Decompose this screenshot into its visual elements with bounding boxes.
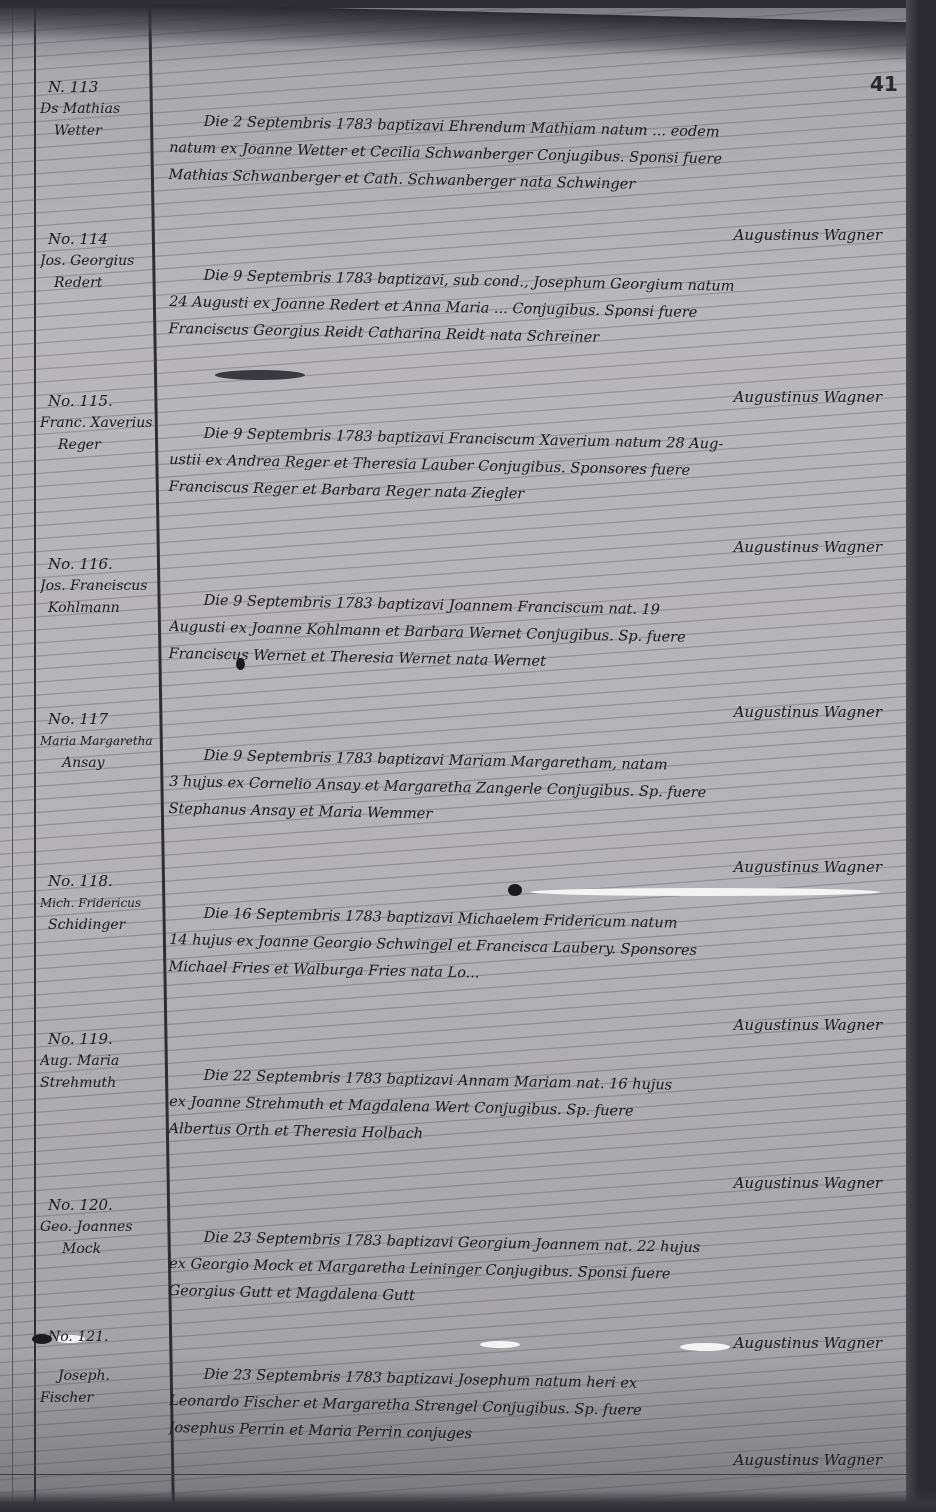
entry-name: Aug. Maria [40, 1050, 160, 1072]
entry-label: No. 121. Joseph. Fischer [40, 1343, 160, 1409]
entry-number: No. 118. [40, 870, 160, 892]
entry-text: Die 22 Septembris 1783 baptizavi Annam M… [168, 1062, 900, 1158]
entry-text: Die 9 Septembris 1783 baptizavi Francisc… [168, 420, 900, 516]
entry-label: No. 120. Geo. Joannes Mock [40, 1194, 160, 1260]
ink-blot [236, 658, 245, 670]
entry-number: N. 113 [40, 76, 160, 98]
entry-text: Die 9 Septembris 1783 baptizavi Joannem … [168, 587, 900, 683]
entry-label: N. 113 Ds Mathias Wetter [40, 76, 160, 142]
entry-number: No. 114 [40, 228, 160, 250]
entry-text: Die 9 Septembris 1783 baptizavi Mariam M… [168, 742, 900, 838]
register-page: 41 N. 113 Ds Mathias Wetter Die 2 Septem… [0, 8, 908, 1502]
scan-right-edge [906, 0, 936, 1512]
entry-number: No. 119. [40, 1028, 160, 1050]
entry-text: Die 2 Septembris 1783 baptizavi Ehrendum… [168, 108, 900, 204]
entry-surname: Kohlmann [40, 597, 160, 619]
entry-surname: Redert [40, 272, 160, 294]
entry-label: No. 115. Franc. Xaverius Reger [40, 390, 160, 456]
priest-signature: Augustinus Wagner [734, 538, 882, 556]
priest-signature: Augustinus Wagner [734, 703, 882, 721]
page-number: 41 [870, 72, 898, 96]
ink-blot [508, 884, 522, 896]
photocopy-smudge [680, 1343, 730, 1351]
priest-signature: Augustinus Wagner [734, 388, 882, 406]
priest-signature: Augustinus Wagner [734, 1016, 882, 1034]
photocopy-smudge [530, 888, 880, 896]
priest-signature: Augustinus Wagner [734, 1451, 882, 1469]
entry-number: No. 116. [40, 553, 160, 575]
photocopy-smudge [480, 1341, 520, 1348]
entry-surname: Wetter [40, 120, 160, 142]
entry-surname: Mock [40, 1238, 160, 1260]
margin-rule-left [34, 8, 36, 1502]
entry-surname: Fischer [40, 1387, 160, 1409]
entry-text: Die 23 Septembris 1783 baptizavi Georgiu… [168, 1224, 900, 1320]
entry-number-121: No. 121. [48, 1326, 168, 1348]
entry-number: No. 120. [40, 1194, 160, 1216]
priest-signature: Augustinus Wagner [734, 1174, 882, 1192]
entry-surname: Strehmuth [40, 1072, 160, 1094]
entry-surname: Schidinger [40, 914, 160, 936]
entry-name: Maria Margaretha [40, 730, 160, 752]
entry-text: Die 16 Septembris 1783 baptizavi Michael… [168, 900, 900, 996]
entry-name: Geo. Joannes [40, 1216, 160, 1238]
entry-label: No. 118. Mich. Fridericus Schidinger [40, 870, 160, 936]
entry-text: Die 9 Septembris 1783 baptizavi, sub con… [168, 262, 900, 358]
margin-rule-outer [12, 8, 13, 1502]
entry-name: Jos. Franciscus [40, 575, 160, 597]
priest-signature: Augustinus Wagner [734, 1334, 882, 1352]
entry-text: Die 23 Septembris 1783 baptizavi Josephu… [168, 1361, 900, 1457]
priest-signature: Augustinus Wagner [734, 226, 882, 244]
entry-name: Mich. Fridericus [40, 892, 160, 914]
entry-name: Ds Mathias [40, 98, 160, 120]
entry-name: Joseph. [40, 1365, 160, 1387]
entry-label: No. 114 Jos. Georgius Redert [40, 228, 160, 294]
entry-label: No. 116. Jos. Franciscus Kohlmann [40, 553, 160, 619]
entry-surname: Ansay [40, 752, 160, 774]
entry-number: No. 115. [40, 390, 160, 412]
entry-number: No. 117 [40, 708, 160, 730]
ink-strike [215, 370, 305, 380]
entry-label: No. 117 Maria Margaretha Ansay [40, 708, 160, 774]
entry-surname: Reger [40, 434, 160, 456]
entry-label: No. 119. Aug. Maria Strehmuth [40, 1028, 160, 1094]
bottom-rule [0, 1474, 908, 1475]
scan-bottom-edge [0, 1490, 936, 1512]
priest-signature: Augustinus Wagner [734, 858, 882, 876]
entry-name: Jos. Georgius [40, 250, 160, 272]
entry-name: Franc. Xaverius [40, 412, 160, 434]
